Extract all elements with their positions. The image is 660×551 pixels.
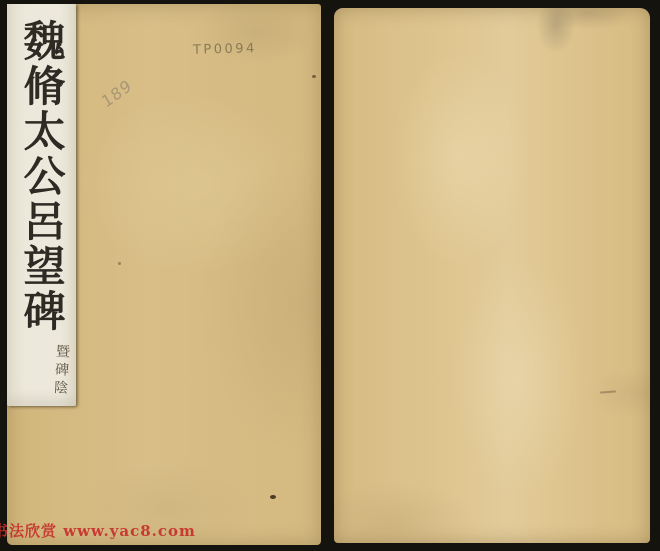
ink-speck: [118, 262, 121, 265]
site-watermark: 书法欣赏 www.yac8.com: [0, 520, 196, 541]
book-scan: TP0094 189 魏脩太公呂望碑 暨碑陰 书法欣赏 www.yac8.com: [0, 0, 660, 551]
catalog-code-annotation: TP0094: [193, 41, 257, 58]
pencil-number-annotation: 189: [98, 75, 135, 111]
ink-speck: [312, 75, 316, 78]
right-page: [334, 8, 650, 543]
cover-subtitle-calligraphy: 暨碑陰: [53, 344, 70, 399]
cover-title-calligraphy: 魏脩太公呂望碑: [21, 19, 63, 334]
title-label-strip: 魏脩太公呂望碑 暨碑陰: [7, 4, 76, 406]
ink-speck: [270, 495, 276, 499]
